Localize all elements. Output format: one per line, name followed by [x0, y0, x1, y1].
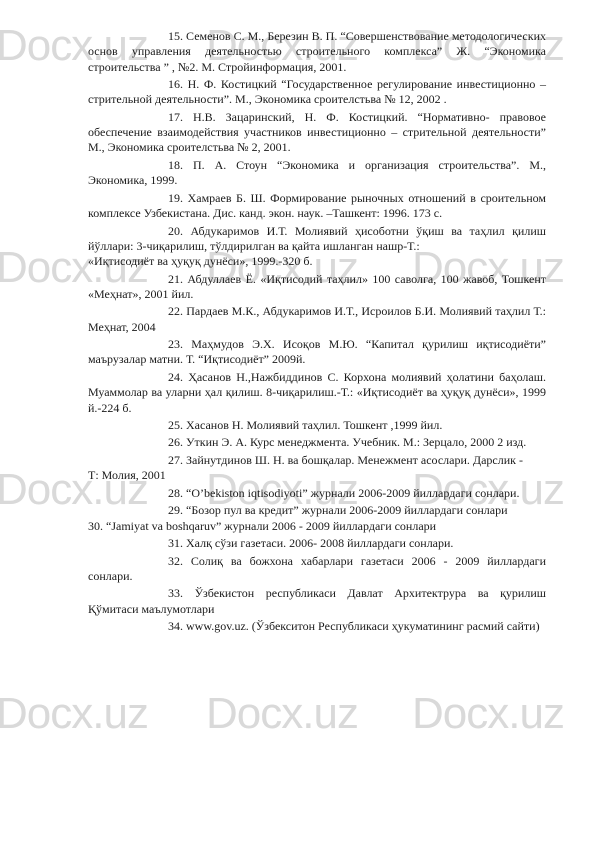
reference-number: 26.	[128, 435, 183, 450]
reference-text: Уткин Э. А. Курс менеджмента. Учебник. М…	[186, 435, 526, 449]
reference-item: 21. Абдуллаев Ё. «Иқтисодий таҳлил» 100 …	[88, 272, 546, 303]
reference-item: 34. www.gov.uz. (Ўзбекситон Республикаси…	[88, 619, 546, 634]
reference-item: 24. Ҳасанов Н.,Нажбиддинов С. Корхона мо…	[88, 370, 546, 416]
reference-number: 17.	[128, 110, 183, 125]
reference-number: 25.	[128, 418, 183, 433]
reference-item: 15. Семенов С. М., Березин В. П. “Соверш…	[88, 29, 546, 75]
reference-item: 29. “Бозор пул ва кредит” журнали 2006-2…	[88, 503, 546, 534]
reference-item: 23. Маҳмудов Э.Х. Исоқов М.Ю. “Капитал қ…	[88, 337, 546, 368]
reference-item: 32. Солиқ ва божхона хабарлари газетаси …	[88, 554, 546, 585]
reference-number: 29.	[128, 503, 183, 518]
reference-continuation: Т: Молия, 2001	[88, 468, 546, 483]
reference-continuation: «Иқтисодиёт ва ҳуқуқ дунёси», 1999.-320 …	[88, 254, 546, 269]
reference-text: Хасанов Н. Молиявий таҳлил. Тошкент ,199…	[186, 418, 442, 432]
reference-number: 23.	[128, 337, 183, 352]
reference-item: 31. Халқ сўзи газетаси. 2006- 2008 йилла…	[88, 536, 546, 551]
watermark: Docx.uz	[0, 692, 148, 736]
reference-text: Зайнутдинов Ш. Н. ва бошқалар. Менежмент…	[186, 453, 523, 467]
reference-number: 22.	[128, 304, 183, 319]
reference-item: 28. “O’bekiston iqtisodiyoti” журнали 20…	[88, 486, 546, 501]
reference-text: www.gov.uz. (Ўзбекситон Республикаси ҳук…	[186, 619, 540, 633]
reference-item: 25. Хасанов Н. Молиявий таҳлил. Тошкент …	[88, 418, 546, 433]
reference-text: “Бозор пул ва кредит” журнали 2006-2009 …	[186, 503, 508, 517]
reference-number: 15.	[128, 29, 183, 44]
reference-item: 27. Зайнутдинов Ш. Н. ва бошқалар. Менеж…	[88, 453, 546, 484]
reference-item: 17. Н.В. Зацаринский, Н. Ф. Костицкий. “…	[88, 110, 546, 156]
reference-number: 24.	[128, 370, 183, 385]
reference-item: 19. Хамраев Б. Ш. Формирование рыночных …	[88, 191, 546, 222]
reference-continuation: 30. “Jamiyat va boshqaruv” журнали 2006 …	[88, 519, 546, 534]
reference-item: 22. Пардаев М.К., Абдукаримов И.Т., Исро…	[88, 304, 546, 335]
reference-number: 33.	[128, 586, 183, 601]
reference-number: 16.	[128, 77, 183, 92]
reference-item: 20. Абдукаримов И.Т. Молиявий ҳисоботни …	[88, 224, 546, 270]
reference-text: “O’bekiston iqtisodiyoti” журнали 2006-2…	[186, 486, 519, 500]
reference-item: 16. Н. Ф. Костицкий “Государственное рег…	[88, 77, 546, 108]
reference-list: 15. Семенов С. М., Березин В. П. “Соверш…	[88, 29, 546, 637]
reference-item: 26. Уткин Э. А. Курс менеджмента. Учебни…	[88, 435, 546, 450]
reference-item: 33. Ўзбекистон республикаси Давлат Архит…	[88, 586, 546, 617]
watermark: Docx.uz	[412, 692, 564, 736]
reference-number: 31.	[128, 536, 183, 551]
reference-number: 27.	[128, 453, 183, 468]
reference-number: 19.	[128, 191, 183, 206]
reference-number: 32.	[128, 554, 183, 569]
reference-number: 18.	[128, 158, 183, 173]
reference-number: 21.	[128, 272, 183, 287]
reference-number: 34.	[128, 619, 183, 634]
reference-number: 20.	[128, 224, 183, 239]
watermark: Docx.uz	[206, 692, 358, 736]
reference-number: 28.	[128, 486, 183, 501]
reference-text: Халқ сўзи газетаси. 2006- 2008 йиллардаг…	[186, 536, 453, 550]
reference-item: 18. П. А. Стоун “Экономика и организация…	[88, 158, 546, 189]
